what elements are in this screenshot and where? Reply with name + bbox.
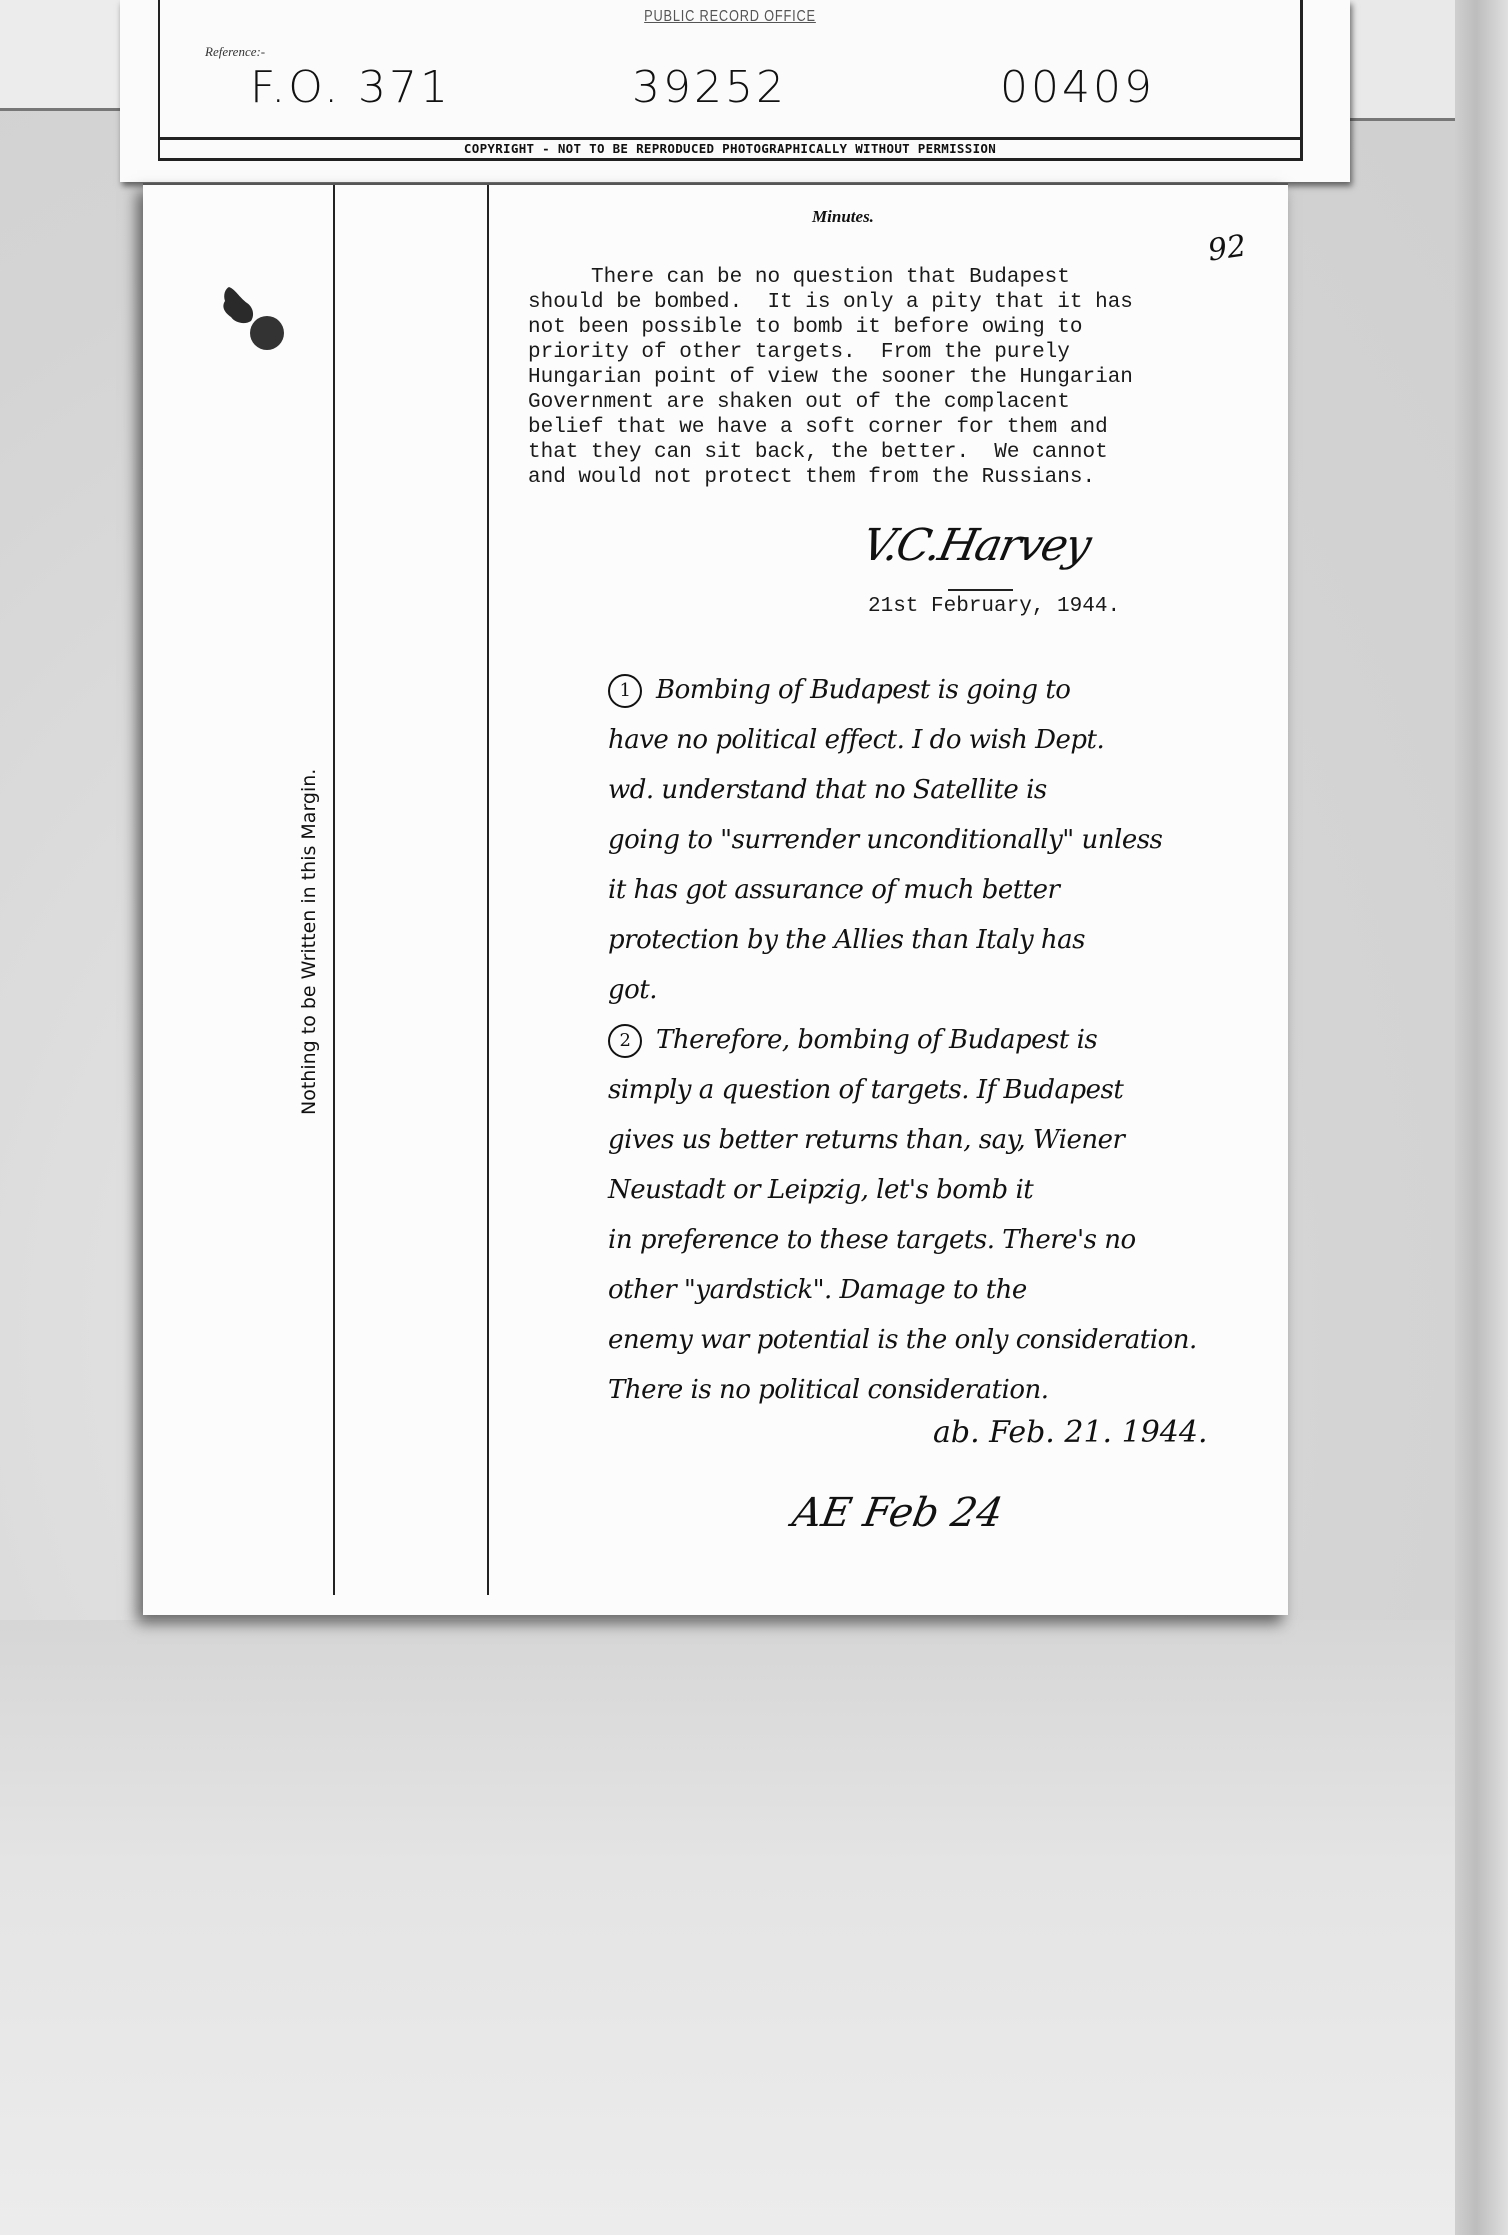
margin-rule-right xyxy=(487,185,489,1595)
typed-line: that they can sit back, the better. We c… xyxy=(528,440,1268,465)
typed-line: should be bombed. It is only a pity that… xyxy=(528,290,1268,315)
typed-minute: There can be no question that Budapest s… xyxy=(528,265,1268,490)
minute-date: 21st February, 1944. xyxy=(868,595,1120,618)
initials-dated: ab. Feb. 21. 1944. xyxy=(933,1415,1208,1450)
typed-line: not been possible to bomb it before owin… xyxy=(528,315,1268,340)
hand-line: There is no political consideration. xyxy=(608,1365,1288,1415)
background-bottom xyxy=(0,1620,1508,2235)
ink-blot-icon xyxy=(221,285,293,355)
reference-label: Reference:- xyxy=(205,44,265,60)
reference-series: F.O. 371 xyxy=(250,62,451,113)
copyright-notice: COPYRIGHT - NOT TO BE REPRODUCED PHOTOGR… xyxy=(160,137,1300,158)
reference-slip: PUBLIC RECORD OFFICE Reference:- F.O. 37… xyxy=(120,0,1350,182)
hand-line: other "yardstick". Damage to the xyxy=(608,1265,1288,1315)
author-signature: V.C.Harvey xyxy=(858,520,1094,571)
minutes-heading: Minutes. xyxy=(812,207,874,227)
hand-line: Therefore, bombing of Budapest is xyxy=(656,1025,1097,1055)
handwritten-note-2: 2Therefore, bombing of Budapest is simpl… xyxy=(608,1015,1288,1415)
hand-line: simply a question of targets. If Budapes… xyxy=(608,1065,1288,1115)
folio-number: 92 xyxy=(1206,229,1249,269)
minute-sheet: Nothing to be Written in this Margin. Mi… xyxy=(143,183,1288,1615)
reference-item: 00409 xyxy=(1000,62,1155,113)
hand-line: Neustadt or Leipzig, let's bomb it xyxy=(608,1165,1288,1215)
typed-line: belief that we have a soft corner for th… xyxy=(528,415,1268,440)
margin-instruction: Nothing to be Written in this Margin. xyxy=(298,769,320,1115)
typed-line: Hungarian point of view the sooner the H… xyxy=(528,365,1268,390)
hand-line: it has got assurance of much better xyxy=(608,865,1288,915)
right-edge-strip xyxy=(1455,0,1508,2235)
hand-line: going to "surrender unconditionally" unl… xyxy=(608,815,1288,865)
margin-rule-left xyxy=(333,185,335,1595)
hand-line: protection by the Allies than Italy has xyxy=(608,915,1288,965)
handwritten-note-1: 1Bombing of Budapest is going to have no… xyxy=(608,665,1288,1015)
hand-line: in preference to these targets. There's … xyxy=(608,1215,1288,1265)
hand-line: gives us better returns than, say, Wiene… xyxy=(608,1115,1288,1165)
note-number-circle: 1 xyxy=(608,674,642,708)
hand-line: wd. understand that no Satellite is xyxy=(608,765,1288,815)
typed-line: Government are shaken out of the complac… xyxy=(528,390,1268,415)
typed-line: and would not protect them from the Russ… xyxy=(528,465,1268,490)
hand-line: enemy war potential is the only consider… xyxy=(608,1315,1288,1365)
handwritten-notes: 1Bombing of Budapest is going to have no… xyxy=(608,665,1288,1415)
hand-line: have no political effect. I do wish Dept… xyxy=(608,715,1288,765)
typed-line: There can be no question that Budapest xyxy=(528,265,1268,290)
hand-line: got. xyxy=(608,965,1288,1015)
office-title: PUBLIC RECORD OFFICE xyxy=(274,8,1186,26)
note-number-circle: 2 xyxy=(608,1024,642,1058)
reference-piece: 39252 xyxy=(632,62,787,113)
initials-signature: AE Feb 24 xyxy=(789,1490,1006,1536)
typed-line: priority of other targets. From the pure… xyxy=(528,340,1268,365)
hand-line: Bombing of Budapest is going to xyxy=(656,675,1070,705)
background-top-left-sheet xyxy=(0,0,120,111)
reference-frame: PUBLIC RECORD OFFICE Reference:- F.O. 37… xyxy=(158,0,1303,161)
